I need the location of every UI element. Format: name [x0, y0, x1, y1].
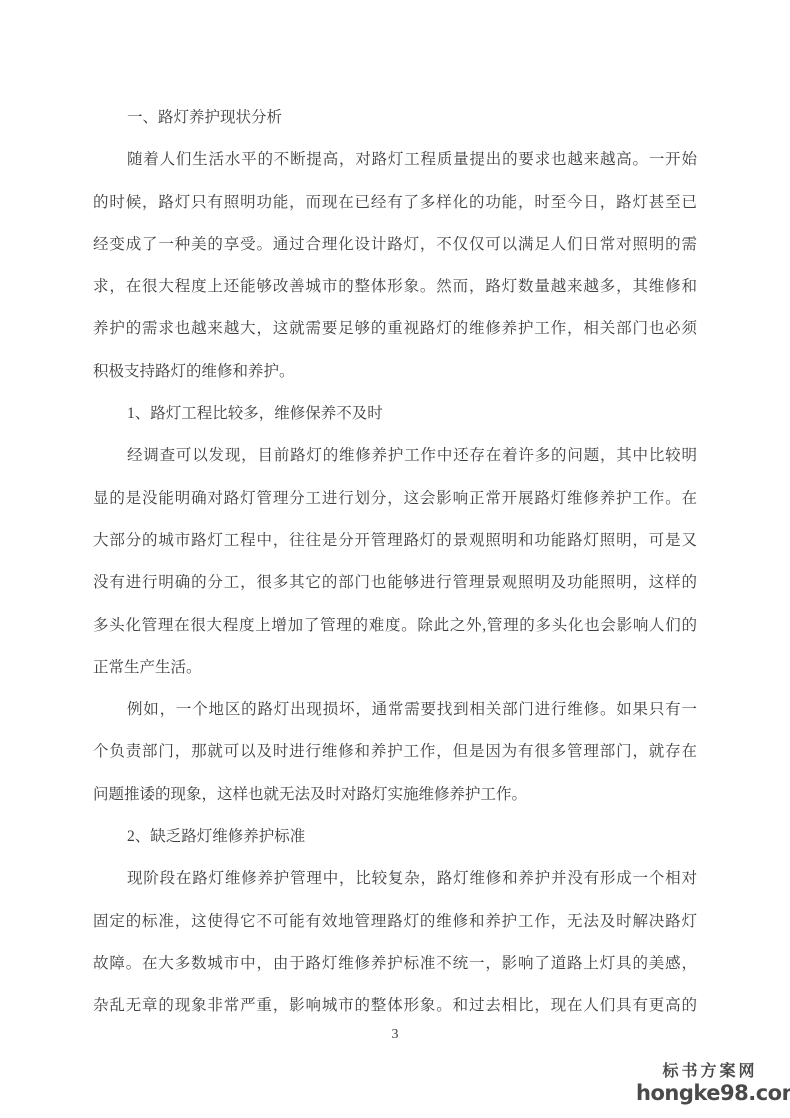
paragraph-line: 个负责部门，那就可以及时进行维修和养护工作，但是因为有很多管理部门，就存在: [93, 731, 697, 773]
document-body: 一、路灯养护现状分析随着人们生活水平的不断提高，对路灯工程质量提出的要求也越来越…: [93, 97, 697, 1028]
paragraph-line: 经调查可以发现，目前路灯的维修养护工作中还存在着许多的问题，其中比较明: [93, 435, 697, 477]
paragraph-line: 杂乱无章的现象非常严重，影响城市的整体形象。和过去相比，现在人们具有更高的: [93, 985, 697, 1027]
section-heading: 1、路灯工程比较多，维修保养不及时: [93, 393, 697, 435]
section-heading: 2、缺乏路灯维修养护标准: [93, 816, 697, 858]
paragraph-line: 固定的标准，这使得它不可能有效地管理路灯的维修和养护工作，无法及时解决路灯: [93, 901, 697, 943]
watermark-site-name: 标书方案网: [636, 1062, 784, 1082]
section-heading: 一、路灯养护现状分析: [93, 97, 697, 139]
paragraph-line: 问题推诿的现象，这样也就无法及时对路灯实施维修养护工作。: [93, 774, 697, 816]
paragraph-line: 没有进行明确的分工，很多其它的部门也能够进行管理景观照明及功能照明，这样的: [93, 562, 697, 604]
paragraph-line: 随着人们生活水平的不断提高，对路灯工程质量提出的要求也越来越高。一开始: [93, 139, 697, 181]
paragraph-line: 养护的需求也越来越大，这就需要足够的重视路灯的维修养护工作，相关部门也必须: [93, 308, 697, 350]
paragraph-line: 的时候，路灯只有照明功能，而现在已经有了多样化的功能，时至今日，路灯甚至已: [93, 182, 697, 224]
page-number: 3: [0, 1026, 790, 1044]
watermark: 标书方案网 hongke98.com: [636, 1062, 784, 1105]
paragraph-line: 现阶段在路灯维修养护管理中，比较复杂，路灯维修和养护并没有形成一个相对: [93, 858, 697, 900]
watermark-site-url: hongke98.com: [636, 1082, 784, 1105]
paragraph-line: 求，在很大程度上还能够改善城市的整体形象。然而，路灯数量越来越多，其维修和: [93, 266, 697, 308]
document-page: 一、路灯养护现状分析随着人们生活水平的不断提高，对路灯工程质量提出的要求也越来越…: [0, 0, 790, 1118]
paragraph-line: 正常生产生活。: [93, 647, 697, 689]
paragraph-line: 例如，一个地区的路灯出现损坏，通常需要找到相关部门进行维修。如果只有一: [93, 689, 697, 731]
paragraph-line: 多头化管理在很大程度上增加了管理的难度。除此之外,管理的多头化也会影响人们的: [93, 605, 697, 647]
paragraph-line: 经变成了一种美的享受。通过合理化设计路灯，不仅仅可以满足人们日常对照明的需: [93, 224, 697, 266]
paragraph-line: 显的是没能明确对路灯管理分工进行划分，这会影响正常开展路灯维修养护工作。在: [93, 478, 697, 520]
paragraph-line: 积极支持路灯的维修和养护。: [93, 351, 697, 393]
paragraph-line: 大部分的城市路灯工程中，往往是分开管理路灯的景观照明和功能路灯照明，可是又: [93, 520, 697, 562]
paragraph-line: 故障。在大多数城市中，由于路灯维修养护标准不统一，影响了道路上灯具的美感，: [93, 943, 697, 985]
